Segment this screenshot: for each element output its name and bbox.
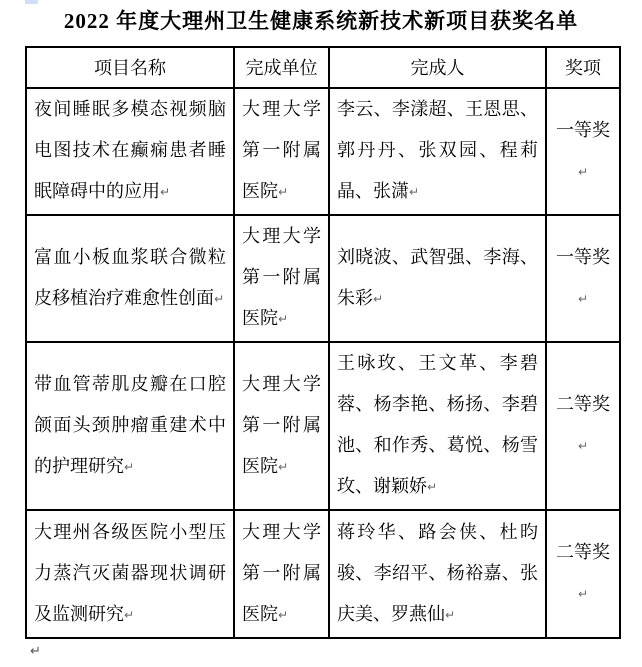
selection-artifact xyxy=(25,0,38,4)
column-header-award: 奖项 xyxy=(546,47,620,88)
table-row: 富血小板血浆联合微粒皮移植治疗难愈性创面↵ 大理大学第一附属医院↵ 刘晓波、武智… xyxy=(26,215,620,342)
cell-completers: 王咏玫、王文革、李碧蓉、杨李艳、杨扬、李碧池、和作秀、葛悦、杨雪玫、谢颖娇↵ xyxy=(329,342,546,510)
paragraph-mark-icon: ↵ xyxy=(30,644,41,659)
paragraph-mark-icon: ↵ xyxy=(427,467,437,508)
cell-completers: 蒋玲华、路会侠、杜昀骏、李绍平、杨裕嘉、张庆美、罗燕仙↵ xyxy=(329,510,546,638)
cell-completing-unit: 大理大学第一附属医院↵ xyxy=(234,88,329,215)
paragraph-mark-icon: ↵ xyxy=(214,279,224,320)
awards-table: 项目名称 完成单位 完成人 奖项 夜间睡眠多模态视频脑电图技术在癫痫患者睡眠障碍… xyxy=(25,46,621,639)
cell-project-name: 夜间睡眠多模态视频脑电图技术在癫痫患者睡眠障碍中的应用↵ xyxy=(26,88,234,215)
table-row: 夜间睡眠多模态视频脑电图技术在癫痫患者睡眠障碍中的应用↵ 大理大学第一附属医院↵… xyxy=(26,88,620,215)
document-title: 2022 年度大理州卫生健康系统新技术新项目获奖名单 xyxy=(0,8,642,34)
cell-completing-unit: 大理大学第一附属医院↵ xyxy=(234,215,329,342)
paragraph-mark-icon: ↵ xyxy=(445,595,455,636)
paragraph-mark-icon: ↵ xyxy=(578,152,588,193)
table-row: 大理州各级医院小型压力蒸汽灭菌器现状调研及监测研究↵ 大理大学第一附属医院↵ 蒋… xyxy=(26,510,620,638)
paragraph-mark-icon: ↵ xyxy=(278,299,288,340)
paragraph-mark-icon: ↵ xyxy=(278,447,288,488)
paragraph-mark-icon: ↵ xyxy=(409,172,419,213)
table-header-row: 项目名称 完成单位 完成人 奖项 xyxy=(26,47,620,88)
paragraph-mark-icon: ↵ xyxy=(124,447,134,488)
paragraph-mark-icon: ↵ xyxy=(578,574,588,615)
paragraph-mark-icon: ↵ xyxy=(373,279,383,320)
column-header-people: 完成人 xyxy=(329,47,546,88)
column-header-project: 项目名称 xyxy=(26,47,234,88)
paragraph-mark-icon: ↵ xyxy=(124,595,134,636)
cell-completing-unit: 大理大学第一附属医院↵ xyxy=(234,510,329,638)
cell-project-name: 带血管蒂肌皮瓣在口腔颌面头颈肿瘤重建术中的护理研究↵ xyxy=(26,342,234,510)
cell-project-name: 富血小板血浆联合微粒皮移植治疗难愈性创面↵ xyxy=(26,215,234,342)
cell-completers: 刘晓波、武智强、李海、朱彩↵ xyxy=(329,215,546,342)
cell-completers: 李云、李漾超、王恩思、郭丹丹、张双园、程莉晶、张潇↵ xyxy=(329,88,546,215)
cell-award: 二等奖↵ xyxy=(546,510,620,638)
cell-award: 一等奖↵ xyxy=(546,88,620,215)
awards-table-body: 夜间睡眠多模态视频脑电图技术在癫痫患者睡眠障碍中的应用↵ 大理大学第一附属医院↵… xyxy=(26,88,620,638)
column-header-unit: 完成单位 xyxy=(234,47,329,88)
cell-project-name: 大理州各级医院小型压力蒸汽灭菌器现状调研及监测研究↵ xyxy=(26,510,234,638)
cell-award: 二等奖↵ xyxy=(546,342,620,510)
table-row: 带血管蒂肌皮瓣在口腔颌面头颈肿瘤重建术中的护理研究↵ 大理大学第一附属医院↵ 王… xyxy=(26,342,620,510)
cell-completing-unit: 大理大学第一附属医院↵ xyxy=(234,342,329,510)
paragraph-mark-icon: ↵ xyxy=(160,172,170,213)
paragraph-mark-icon: ↵ xyxy=(278,172,288,213)
paragraph-mark-icon: ↵ xyxy=(278,595,288,636)
cell-award: 一等奖↵ xyxy=(546,215,620,342)
paragraph-mark-icon: ↵ xyxy=(578,426,588,467)
paragraph-mark-icon: ↵ xyxy=(578,279,588,320)
